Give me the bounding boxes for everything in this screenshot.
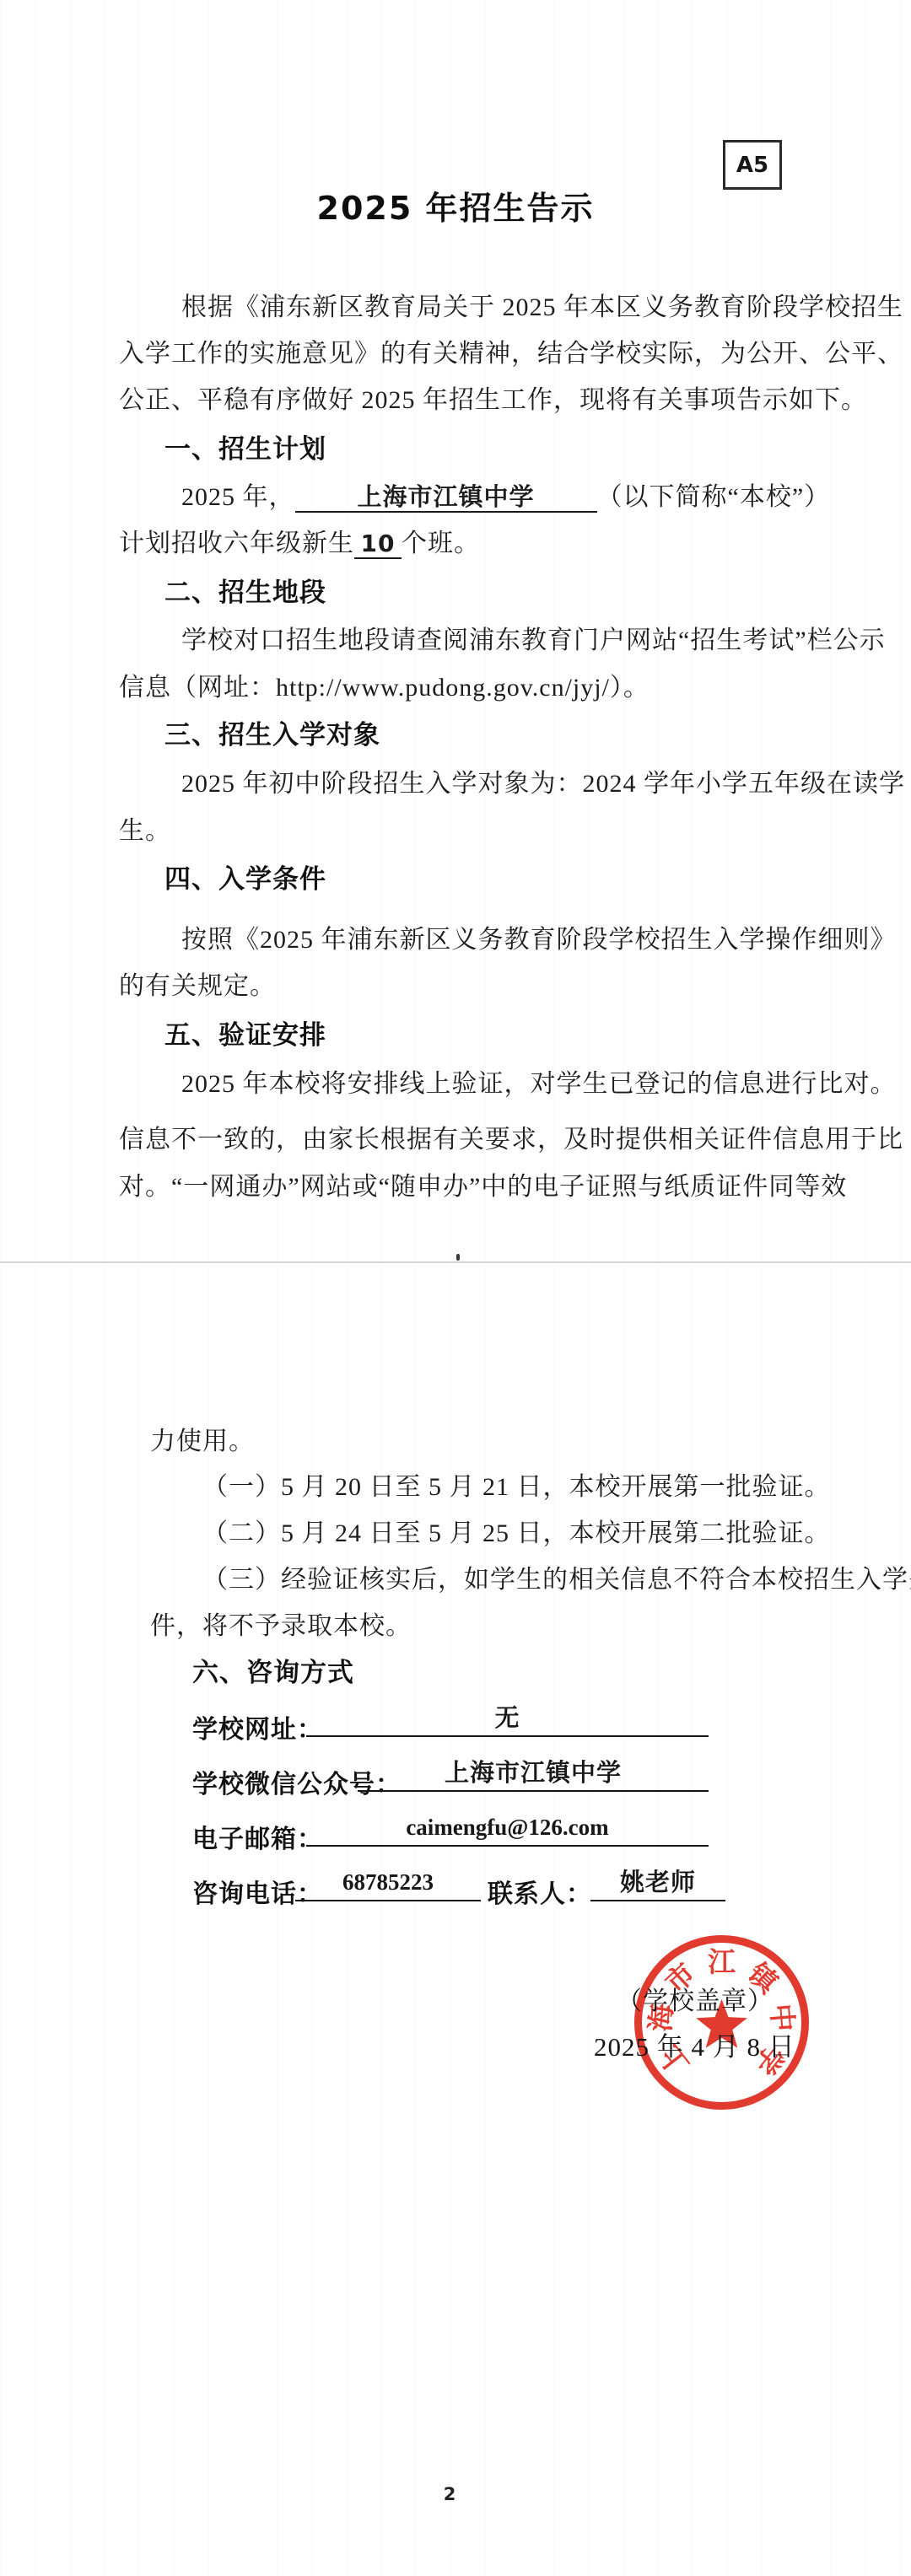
verify-item-2: （二）5 月 24 日至 5 月 25 日，本校开展第二批验证。 [202, 1519, 831, 1549]
document-title: 2025 年招生告示 [0, 191, 911, 228]
section2-line2: 信息（网址：http://www.pudong.gov.cn/jyj/）。 [119, 674, 650, 703]
intro-line-3: 公正、平稳有序做好 2025 年招生工作，现将有关事项告示如下。 [119, 386, 867, 416]
section3-line1: 2025 年初中阶段招生入学对象为：2024 学年小学五年级在读学 [181, 770, 905, 799]
paper-size-label: A5 [736, 153, 768, 178]
section1-line1-prefix: 2025 年， [181, 483, 295, 511]
section1-line2: 计划招收六年级新生10个班。 [119, 530, 480, 559]
section4-heading: 四、入学条件 [164, 865, 326, 895]
school-seal-stamp: 上 海 市 江 镇 中 学 [631, 1932, 812, 2113]
section5-line1: 2025 年本校将安排线上验证，对学生已登记的信息进行比对。 [181, 1070, 897, 1100]
wechat-value-blank: 上海市江镇中学 [358, 1756, 709, 1792]
section1-line1: 2025 年，上海市江镇中学（以下简称“本校”） [181, 483, 830, 513]
class-count-blank: 10 [354, 530, 402, 559]
seal-char-4: 江 [708, 1945, 736, 1978]
section2-heading: 二、招生地段 [164, 578, 326, 609]
email-value-blank: caimengfu@126.com [306, 1811, 709, 1847]
section1-line2-suffix: 个班。 [402, 530, 480, 557]
section6-heading: 六、咨询方式 [192, 1659, 354, 1689]
email-label: 电子邮箱： [192, 1818, 323, 1855]
seal-instruction: （学校盖章） [617, 1980, 774, 2017]
section3-heading: 三、招生入学对象 [164, 721, 380, 751]
section1-line1-suffix: （以下简称“本校”） [597, 483, 831, 511]
intro-line-1: 根据《浦东新区教育局关于 2025 年本区义务教育阶段学校招生 [181, 293, 903, 323]
website-label: 学校网址： [192, 1708, 323, 1745]
verify-item-1: （一）5 月 20 日至 5 月 21 日，本校开展第一批验证。 [202, 1473, 831, 1503]
section5-heading: 五、验证安排 [164, 1021, 326, 1051]
intro-line-2: 入学工作的实施意见》的有关精神，结合学校实际，为公开、公平、 [119, 340, 903, 369]
website-value-blank: 无 [306, 1702, 709, 1737]
verify-item-3-line1: （三）经验证核实后，如学生的相关信息不符合本校招生入学条 [202, 1566, 911, 1595]
phone-value-blank: 68785223 [295, 1866, 481, 1901]
verify-item-3-line2: 件，将不予录取本校。 [150, 1612, 412, 1642]
contact-label: 联系人： [488, 1873, 592, 1910]
paper-size-label-box: A5 [723, 140, 782, 190]
page-boundary-line [0, 1261, 911, 1263]
section5-cont-line: 力使用。 [150, 1428, 255, 1457]
page-number: 2 [437, 2484, 462, 2504]
section1-line2-prefix: 计划招收六年级新生 [119, 530, 354, 557]
section5-line3: 对。“一网通办”网站或“随申办”中的电子证照与纸质证件同等效 [119, 1173, 847, 1202]
section4-line2: 的有关规定。 [119, 972, 276, 1002]
section3-line2: 生。 [119, 817, 171, 847]
section5-line2: 信息不一致的，由家长根据有关要求，及时提供相关证件信息用于比 [119, 1126, 903, 1155]
section4-line1: 按照《2025 年浦东新区义务教育阶段学校招生入学操作细则》 [181, 926, 897, 955]
section1-heading: 一、招生计划 [164, 435, 326, 465]
school-name-blank: 上海市江镇中学 [295, 483, 597, 513]
ink-speck [456, 1254, 460, 1261]
scanned-document: A5 2025 年招生告示 根据《浦东新区教育局关于 2025 年本区义务教育阶… [0, 0, 911, 2576]
contact-value-blank: 姚老师 [590, 1866, 725, 1901]
section2-line1: 学校对口招生地段请查阅浦东教育门户网站“招生考试”栏公示 [181, 627, 886, 656]
issue-date: 2025 年 4 月 8 日 [594, 2025, 795, 2063]
